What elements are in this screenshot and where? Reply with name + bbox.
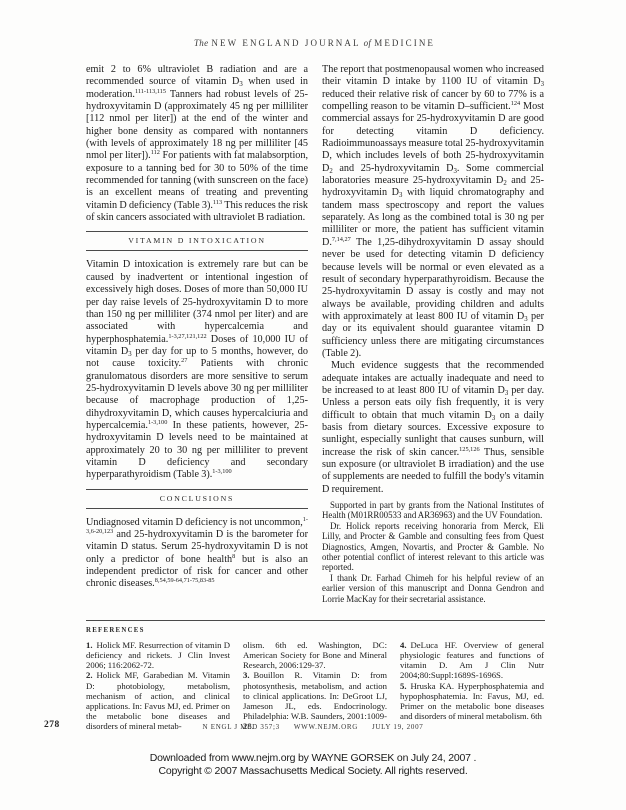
masthead-of: of	[364, 38, 372, 48]
paragraph-conclusions: Undiagnosed vitamin D deficiency is not …	[86, 517, 308, 591]
masthead-title-b: MEDICINE	[374, 38, 435, 48]
footer-journal-ref: N ENGL J MED 357;3	[203, 723, 280, 731]
note-funding: Supported in part by grants from the Nat…	[322, 500, 544, 521]
footer-date: JULY 19, 2007	[372, 723, 424, 731]
reference-item-1: 1.Holick MF. Resurrection of vitamin D d…	[86, 640, 230, 670]
heading-rule-bottom	[86, 250, 308, 251]
paragraph-evidence: Much evidence suggests that the recommen…	[322, 360, 544, 496]
section-heading-intoxication: VITAMIN D INTOXICATION	[86, 231, 308, 251]
reference-number: 3.	[243, 670, 250, 680]
references-section: REFERENCES 1.Holick MF. Resurrection of …	[86, 620, 545, 731]
heading-rule-bottom	[86, 508, 308, 509]
reference-item-5: 5.Hruska KA. Hyperphosphatemia and hypop…	[400, 681, 544, 722]
download-notice-line1: Downloaded from www.nejm.org by WAYNE GO…	[0, 752, 626, 765]
acknowledgment-notes: Supported in part by grants from the Nat…	[322, 500, 544, 604]
references-rule	[86, 620, 545, 621]
download-notice-line2: Copyright © 2007 Massachusetts Medical S…	[0, 765, 626, 778]
note-disclosures: Dr. Holick reports receiving honoraria f…	[322, 521, 544, 573]
reference-number: 4.	[400, 640, 407, 650]
masthead-the: The	[194, 38, 208, 48]
note-thanks: I thank Dr. Farhad Chimeh for his helpfu…	[322, 573, 544, 604]
running-footer: N ENGL J MED 357;3WWW.NEJM.ORGJULY 19, 2…	[0, 723, 626, 731]
footer-site: WWW.NEJM.ORG	[294, 723, 358, 731]
references-heading: REFERENCES	[86, 627, 545, 634]
download-notice: Downloaded from www.nejm.org by WAYNE GO…	[0, 752, 626, 778]
reference-text: Holick MF. Resurrection of vitamin D def…	[86, 640, 230, 670]
paragraph-assays: The report that postmenopausal women who…	[322, 64, 544, 360]
references-columns: 1.Holick MF. Resurrection of vitamin D d…	[86, 640, 545, 731]
journal-masthead: TheNEW ENGLAND JOURNALofMEDICINE	[0, 38, 626, 48]
reference-text: Hruska KA. Hyperphosphatemia and hypopho…	[400, 681, 544, 721]
paragraph-intoxication: Vitamin D intoxication is extremely rare…	[86, 259, 308, 481]
paragraph-tanning: emit 2 to 6% ultraviolet B radiation and…	[86, 64, 308, 224]
reference-number: 1.	[86, 640, 93, 650]
masthead-title-a: NEW ENGLAND JOURNAL	[211, 38, 360, 48]
reference-number: 2.	[86, 670, 93, 680]
section-heading-conclusions: CONCLUSIONS	[86, 489, 308, 509]
left-column: emit 2 to 6% ultraviolet B radiation and…	[86, 64, 308, 616]
journal-scan-page: TheNEW ENGLAND JOURNALofMEDICINE emit 2 …	[0, 0, 626, 810]
section-title: VITAMIN D INTOXICATION	[86, 232, 308, 250]
reference-item-2-continued: olism. 6th ed. Washington, DC: American …	[243, 640, 387, 670]
references-column-1: 1.Holick MF. Resurrection of vitamin D d…	[86, 640, 230, 731]
article-body: emit 2 to 6% ultraviolet B radiation and…	[86, 64, 544, 616]
reference-number: 5.	[400, 681, 407, 691]
reference-text: olism. 6th ed. Washington, DC: American …	[243, 640, 387, 670]
references-column-3: 4.DeLuca HF. Overview of general physiol…	[400, 640, 544, 731]
references-column-2: olism. 6th ed. Washington, DC: American …	[243, 640, 387, 731]
reference-item-4: 4.DeLuca HF. Overview of general physiol…	[400, 640, 544, 681]
reference-text: DeLuca HF. Overview of general physiolog…	[400, 640, 544, 680]
right-column: The report that postmenopausal women who…	[322, 64, 544, 616]
section-title: CONCLUSIONS	[86, 490, 308, 508]
